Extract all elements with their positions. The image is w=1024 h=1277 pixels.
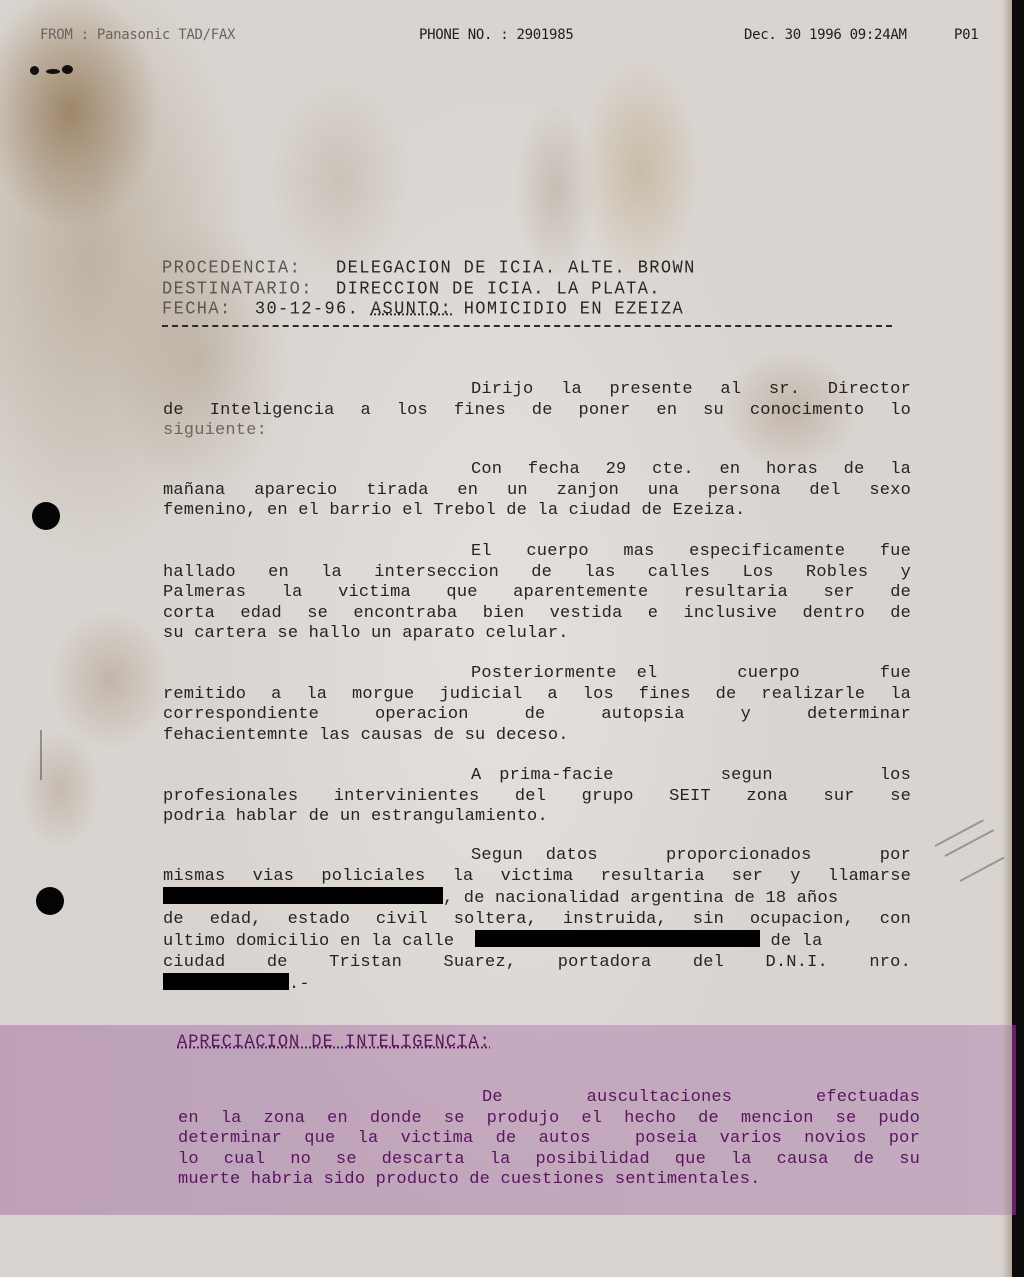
text-line: correspondiente operacion de autopsia y …: [163, 705, 911, 726]
paragraph-intro: Dirijo la presente al sr. Director de In…: [163, 380, 911, 442]
fecha-value: 30-12-96.: [255, 299, 359, 320]
paragraph-victim-data: Segun datos proporcionados por mismas vi…: [163, 846, 911, 996]
text-line: su cartera se hallo un aparato celular.: [163, 624, 911, 645]
text-line: Palmeras la victima que aparentemente re…: [163, 583, 911, 604]
punch-hole-icon: [32, 502, 60, 530]
fax-timestamp: Dec. 30 1996 09:24AM: [744, 27, 907, 43]
text-line: Dirijo la presente al sr. Director: [163, 380, 911, 401]
text-line: de Inteligencia a los fines de poner en …: [163, 401, 911, 422]
text-line: lo cual no se descarta la posibilidad qu…: [178, 1150, 920, 1171]
destinatario-value: DIRECCION DE ICIA. LA PLATA.: [336, 279, 661, 300]
scratch-mark: [945, 829, 995, 857]
fax-transmission-header: FROM : Panasonic TAD/FAX PHONE NO. : 290…: [0, 27, 1012, 49]
memo-destinatario: DESTINATARIO: DIRECCION DE ICIA. LA PLAT…: [162, 279, 661, 300]
text-fragment: de la: [770, 932, 822, 951]
text-line: A prima-facie segun los: [163, 766, 911, 787]
text-line: en la zona en donde se produjo el hecho …: [178, 1109, 920, 1130]
text-line: Segun datos proporcionados por: [163, 846, 911, 867]
text-fragment: ultimo domicilio en la calle: [163, 932, 454, 951]
band-edge: [1012, 1025, 1016, 1215]
dashed-divider: [162, 325, 892, 327]
text-line: fehacientemnte las causas de su deceso.: [163, 726, 911, 747]
scratch-mark: [960, 857, 1005, 882]
text-line: remitido a la morgue judicial a los fine…: [163, 685, 911, 706]
text-line: El cuerpo mas especificamente fue: [163, 542, 911, 563]
redacted-dni: [163, 973, 289, 990]
text-line-address: ultimo domicilio en la calle de la: [163, 930, 911, 953]
paragraph-autopsy: Posteriormente el cuerpo fue remitido a …: [163, 664, 911, 746]
text-line: mismas vias policiales la victima result…: [163, 867, 911, 888]
asunto-value: HOMICIDIO EN EZEIZA: [464, 299, 684, 320]
paragraph-appreciation: De auscultaciones efectuadas en la zona …: [178, 1088, 920, 1191]
fax-page-number: P01: [954, 27, 978, 43]
procedencia-value: DELEGACION DE ICIA. ALTE. BROWN: [336, 258, 696, 279]
fax-phone-number: PHONE NO. : 2901985: [419, 27, 573, 43]
fax-from: FROM : Panasonic TAD/FAX: [40, 27, 235, 43]
text-line: mañana aparecio tirada en un zanjon una …: [163, 481, 911, 502]
text-line: podria hablar de un estrangulamiento.: [163, 807, 911, 828]
paragraph-prima-facie: A prima-facie segun los profesionales in…: [163, 766, 911, 828]
text-line-victim-name: , de nacionalidad argentina de 18 años: [163, 887, 911, 910]
asunto-label: ASUNTO:: [371, 299, 452, 320]
text-line: de edad, estado civil soltera, instruida…: [163, 910, 911, 931]
memo-procedencia: PROCEDENCIA: DELEGACION DE ICIA. ALTE. B…: [162, 258, 696, 279]
text-line-dni: .-: [163, 973, 911, 996]
text-line: determinar que la victima de autos posei…: [178, 1129, 920, 1150]
text-line: ciudad de Tristan Suarez, portadora del …: [163, 953, 911, 974]
paragraph-location: El cuerpo mas especificamente fue hallad…: [163, 542, 911, 645]
text-line: corta edad se encontraba bien vestida e …: [163, 604, 911, 625]
text-line: femenino, en el barrio el Trebol de la c…: [163, 501, 911, 522]
destinatario-label: DESTINATARIO:: [162, 279, 313, 300]
redacted-name: [163, 887, 443, 904]
scratch-mark: [40, 730, 42, 780]
fax-page: FROM : Panasonic TAD/FAX PHONE NO. : 290…: [0, 0, 1012, 1277]
redacted-address: [475, 930, 760, 947]
appreciation-title: APRECIACION DE INTELIGENCIA:: [177, 1032, 491, 1053]
text-line: muerte habria sido producto de cuestione…: [178, 1170, 920, 1191]
procedencia-label: PROCEDENCIA:: [162, 258, 301, 279]
text-fragment: .-: [289, 975, 310, 994]
text-line: siguiente:: [163, 421, 911, 442]
text-line: hallado en la interseccion de las calles…: [163, 563, 911, 584]
text-line: profesionales intervinientes del grupo S…: [163, 787, 911, 808]
paragraph-discovery: Con fecha 29 cte. en horas de la mañana …: [163, 460, 911, 522]
scratch-mark: [935, 819, 985, 847]
text-line: De auscultaciones efectuadas: [178, 1088, 920, 1109]
fecha-label: FECHA:: [162, 299, 232, 320]
text-line: Posteriormente el cuerpo fue: [163, 664, 911, 685]
burn-mark-icon: [28, 64, 84, 76]
text-line: Con fecha 29 cte. en horas de la: [163, 460, 911, 481]
memo-fecha-asunto: FECHA: 30-12-96. ASUNTO: HOMICIDIO EN EZ…: [162, 299, 684, 320]
text-fragment: , de nacionalidad argentina de 18 años: [443, 889, 838, 908]
punch-hole-icon: [36, 887, 64, 915]
